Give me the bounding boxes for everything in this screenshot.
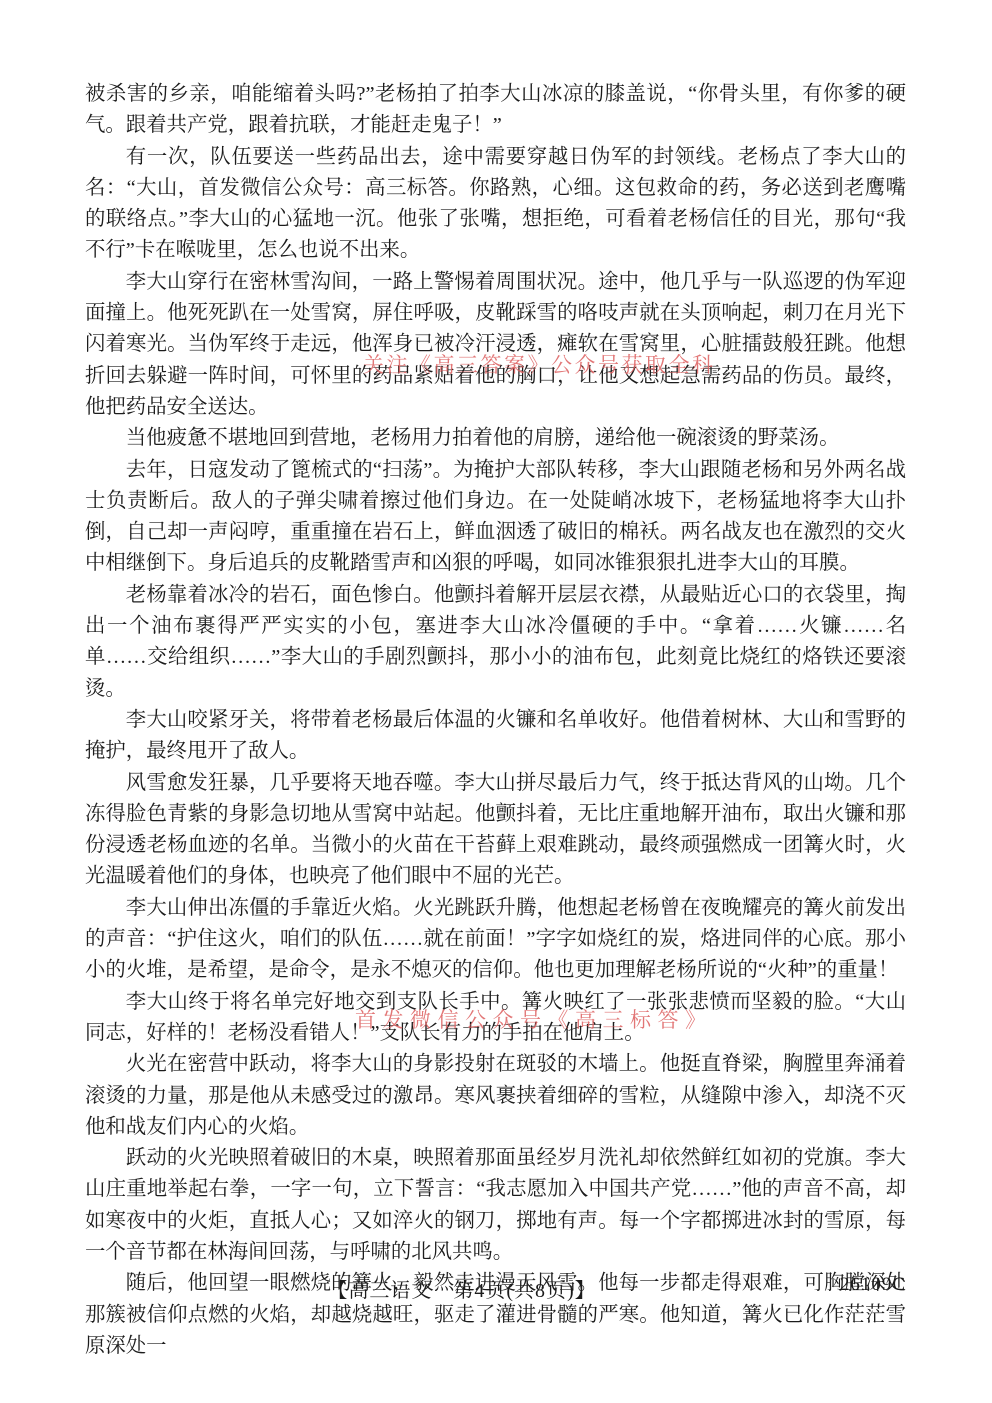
- passage-paragraph: 有一次，队伍要送一些药品出去，途中需要穿越日伪军的封领线。老杨点了李大山的名：“…: [85, 142, 906, 267]
- passage-paragraph: 被杀害的乡亲，咱能缩着头吗?”老杨拍了拍李大山冰凉的膝盖说，“你骨头里，有你爹的…: [85, 79, 906, 142]
- passage-paragraph: 李大山伸出冻僵的手靠近火焰。火光跳跃升腾，他想起老杨曾在夜晚耀亮的篝火前发出的声…: [85, 893, 906, 987]
- passage: 被杀害的乡亲，咱能缩着头吗?”老杨拍了拍李大山冰凉的膝盖说，“你骨头里，有你爹的…: [85, 79, 906, 1362]
- footer-paper-code: 26109C: [840, 1274, 906, 1296]
- passage-paragraph: 老杨靠着冰冷的岩石，面色惨白。他颤抖着解开层层衣襟，从最贴近心口的衣袋里，掏出一…: [85, 580, 906, 705]
- passage-paragraph: 火光在密营中跃动，将李大山的身影投射在斑驳的木墙上。他挺直脊梁，胸膛里奔涌着滚烫…: [85, 1049, 906, 1143]
- page-footer: 【高三语文 第4页(共8页)】 26109C: [85, 1274, 906, 1302]
- exam-paper-page: 被杀害的乡亲，咱能缩着头吗?”老杨拍了拍李大山冰凉的膝盖说，“你骨头里，有你爹的…: [0, 0, 992, 1403]
- passage-paragraph: 李大山终于将名单完好地交到支队长手中。篝火映红了一张张悲愤而坚毅的脸。“大山同志…: [85, 987, 906, 1050]
- footer-page-label: 【高三语文 第4页(共8页)】: [85, 1274, 906, 1303]
- passage-paragraph: 李大山穿行在密林雪沟间，一路上警惕着周围状况。途中，他几乎与一队巡逻的伪军迎面撞…: [85, 267, 906, 423]
- passage-paragraph: 当他疲惫不堪地回到营地，老杨用力拍着他的肩膀，递给他一碗滚烫的野菜汤。: [85, 423, 906, 454]
- passage-paragraph: 风雪愈发狂暴，几乎要将天地吞噬。李大山拼尽最后力气，终于抵达背风的山坳。几个冻得…: [85, 768, 906, 893]
- passage-paragraph: 跃动的火光映照着破旧的木桌，映照着那面虽经岁月洗礼却依然鲜红如初的党旗。李大山庄…: [85, 1143, 906, 1268]
- passage-paragraph: 李大山咬紧牙关，将带着老杨最后体温的火镰和名单收好。他借着树林、大山和雪野的掩护…: [85, 705, 906, 768]
- passage-paragraph: 去年，日寇发动了篦梳式的“扫荡”。为掩护大部队转移，李大山跟随老杨和另外两名战士…: [85, 455, 906, 580]
